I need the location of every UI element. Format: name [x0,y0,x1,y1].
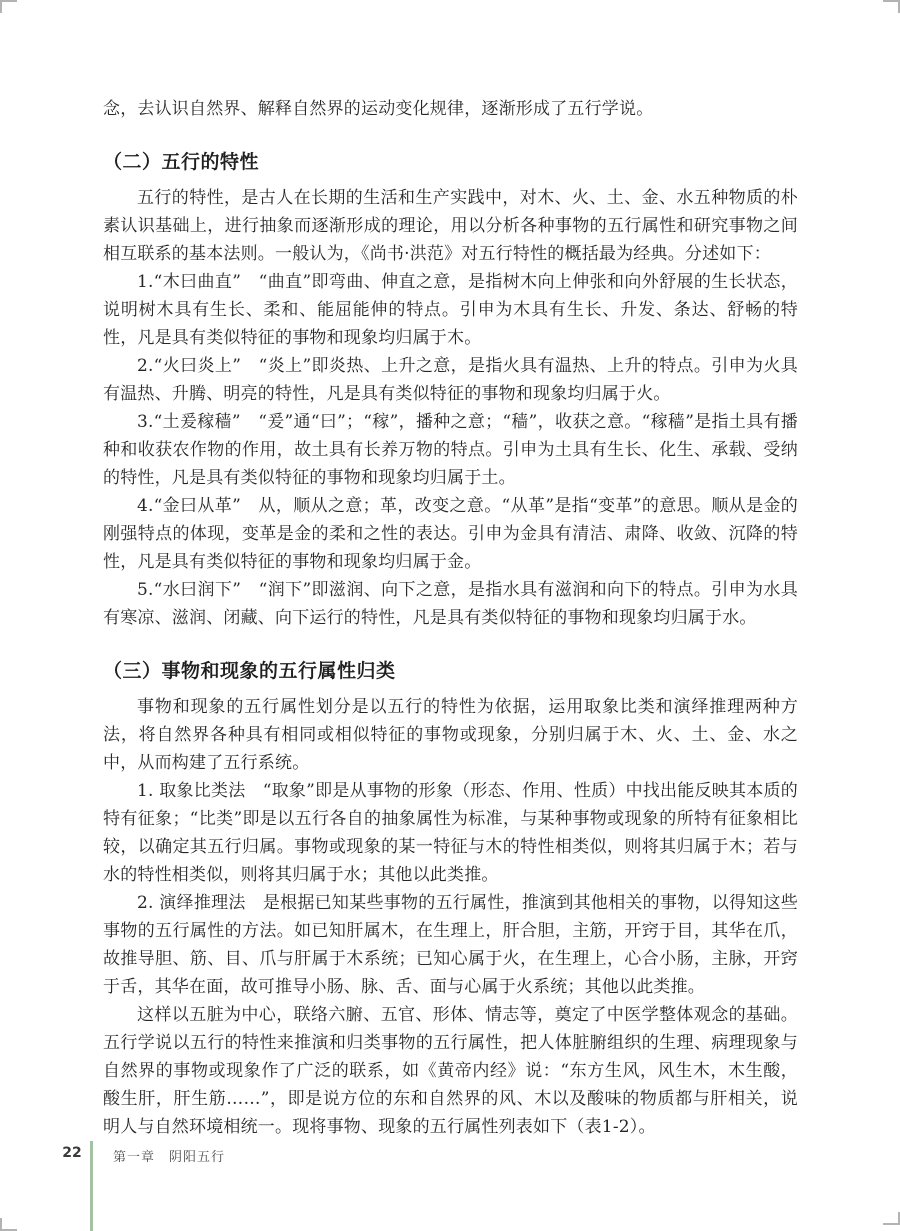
paragraph-item-earth: 3.“土爰稼穑” “爰”通“曰”；“稼”，播种之意；“穑”，收获之意。“稼穑”是… [103,408,798,492]
section-heading-five-elements-classification: （三）事物和现象的五行属性归类 [103,658,798,684]
page-number: 22 [60,1145,84,1161]
footer-chapter-title: 第一章 阴阳五行 [113,1146,225,1165]
page-body-text: 念，去认识自然界、解释自然界的运动变化规律，逐渐形成了五行学说。 （二）五行的特… [103,95,798,1141]
paragraph-classification-intro: 事物和现象的五行属性划分是以五行的特性为依据，运用取象比类和演绎推理两种方法，将… [103,693,798,777]
crop-mark-top-left [0,0,17,13]
paragraph-item-fire: 2.“火曰炎上” “炎上”即炎热、上升之意，是指火具有温热、上升的特点。引申为火… [103,352,798,408]
paragraph-intro-characteristics: 五行的特性，是古人在长期的生活和生产实践中，对木、火、土、金、水五种物质的朴素认… [103,184,798,268]
paragraph-item-wood: 1.“木曰曲直” “曲直”即弯曲、伸直之意，是指树木向上伸张和向外舒展的生长状态… [103,268,798,352]
paragraph-method-analogy: 1. 取象比类法 “取象”即是从事物的形象（形态、作用、性质）中找出能反映其本质… [103,777,798,889]
paragraph-continuation: 念，去认识自然界、解释自然界的运动变化规律，逐渐形成了五行学说。 [103,95,798,123]
paragraph-summary: 这样以五脏为中心，联络六腑、五官、形体、情志等，奠定了中医学整体观念的基础。五行… [103,1001,798,1141]
paragraph-item-water: 5.“水曰润下” “润下”即滋润、向下之意，是指水具有滋润和向下的特点。引申为水… [103,576,798,632]
section-heading-five-elements-characteristics: （二）五行的特性 [103,149,798,175]
paragraph-method-deduction: 2. 演绎推理法 是根据已知某些事物的五行属性，推演到其他相关的事物，以得知这些… [103,889,798,1001]
footer-green-rule [90,1141,93,1231]
page-footer: 22 第一章 阴阳五行 [0,1141,900,1231]
crop-mark-top-right [883,0,900,13]
book-page: 念，去认识自然界、解释自然界的运动变化规律，逐渐形成了五行学说。 （二）五行的特… [0,0,900,1231]
paragraph-item-metal: 4.“金曰从革” 从，顺从之意；革，改变之意。“从革”是指“变革”的意思。顺从是… [103,492,798,576]
